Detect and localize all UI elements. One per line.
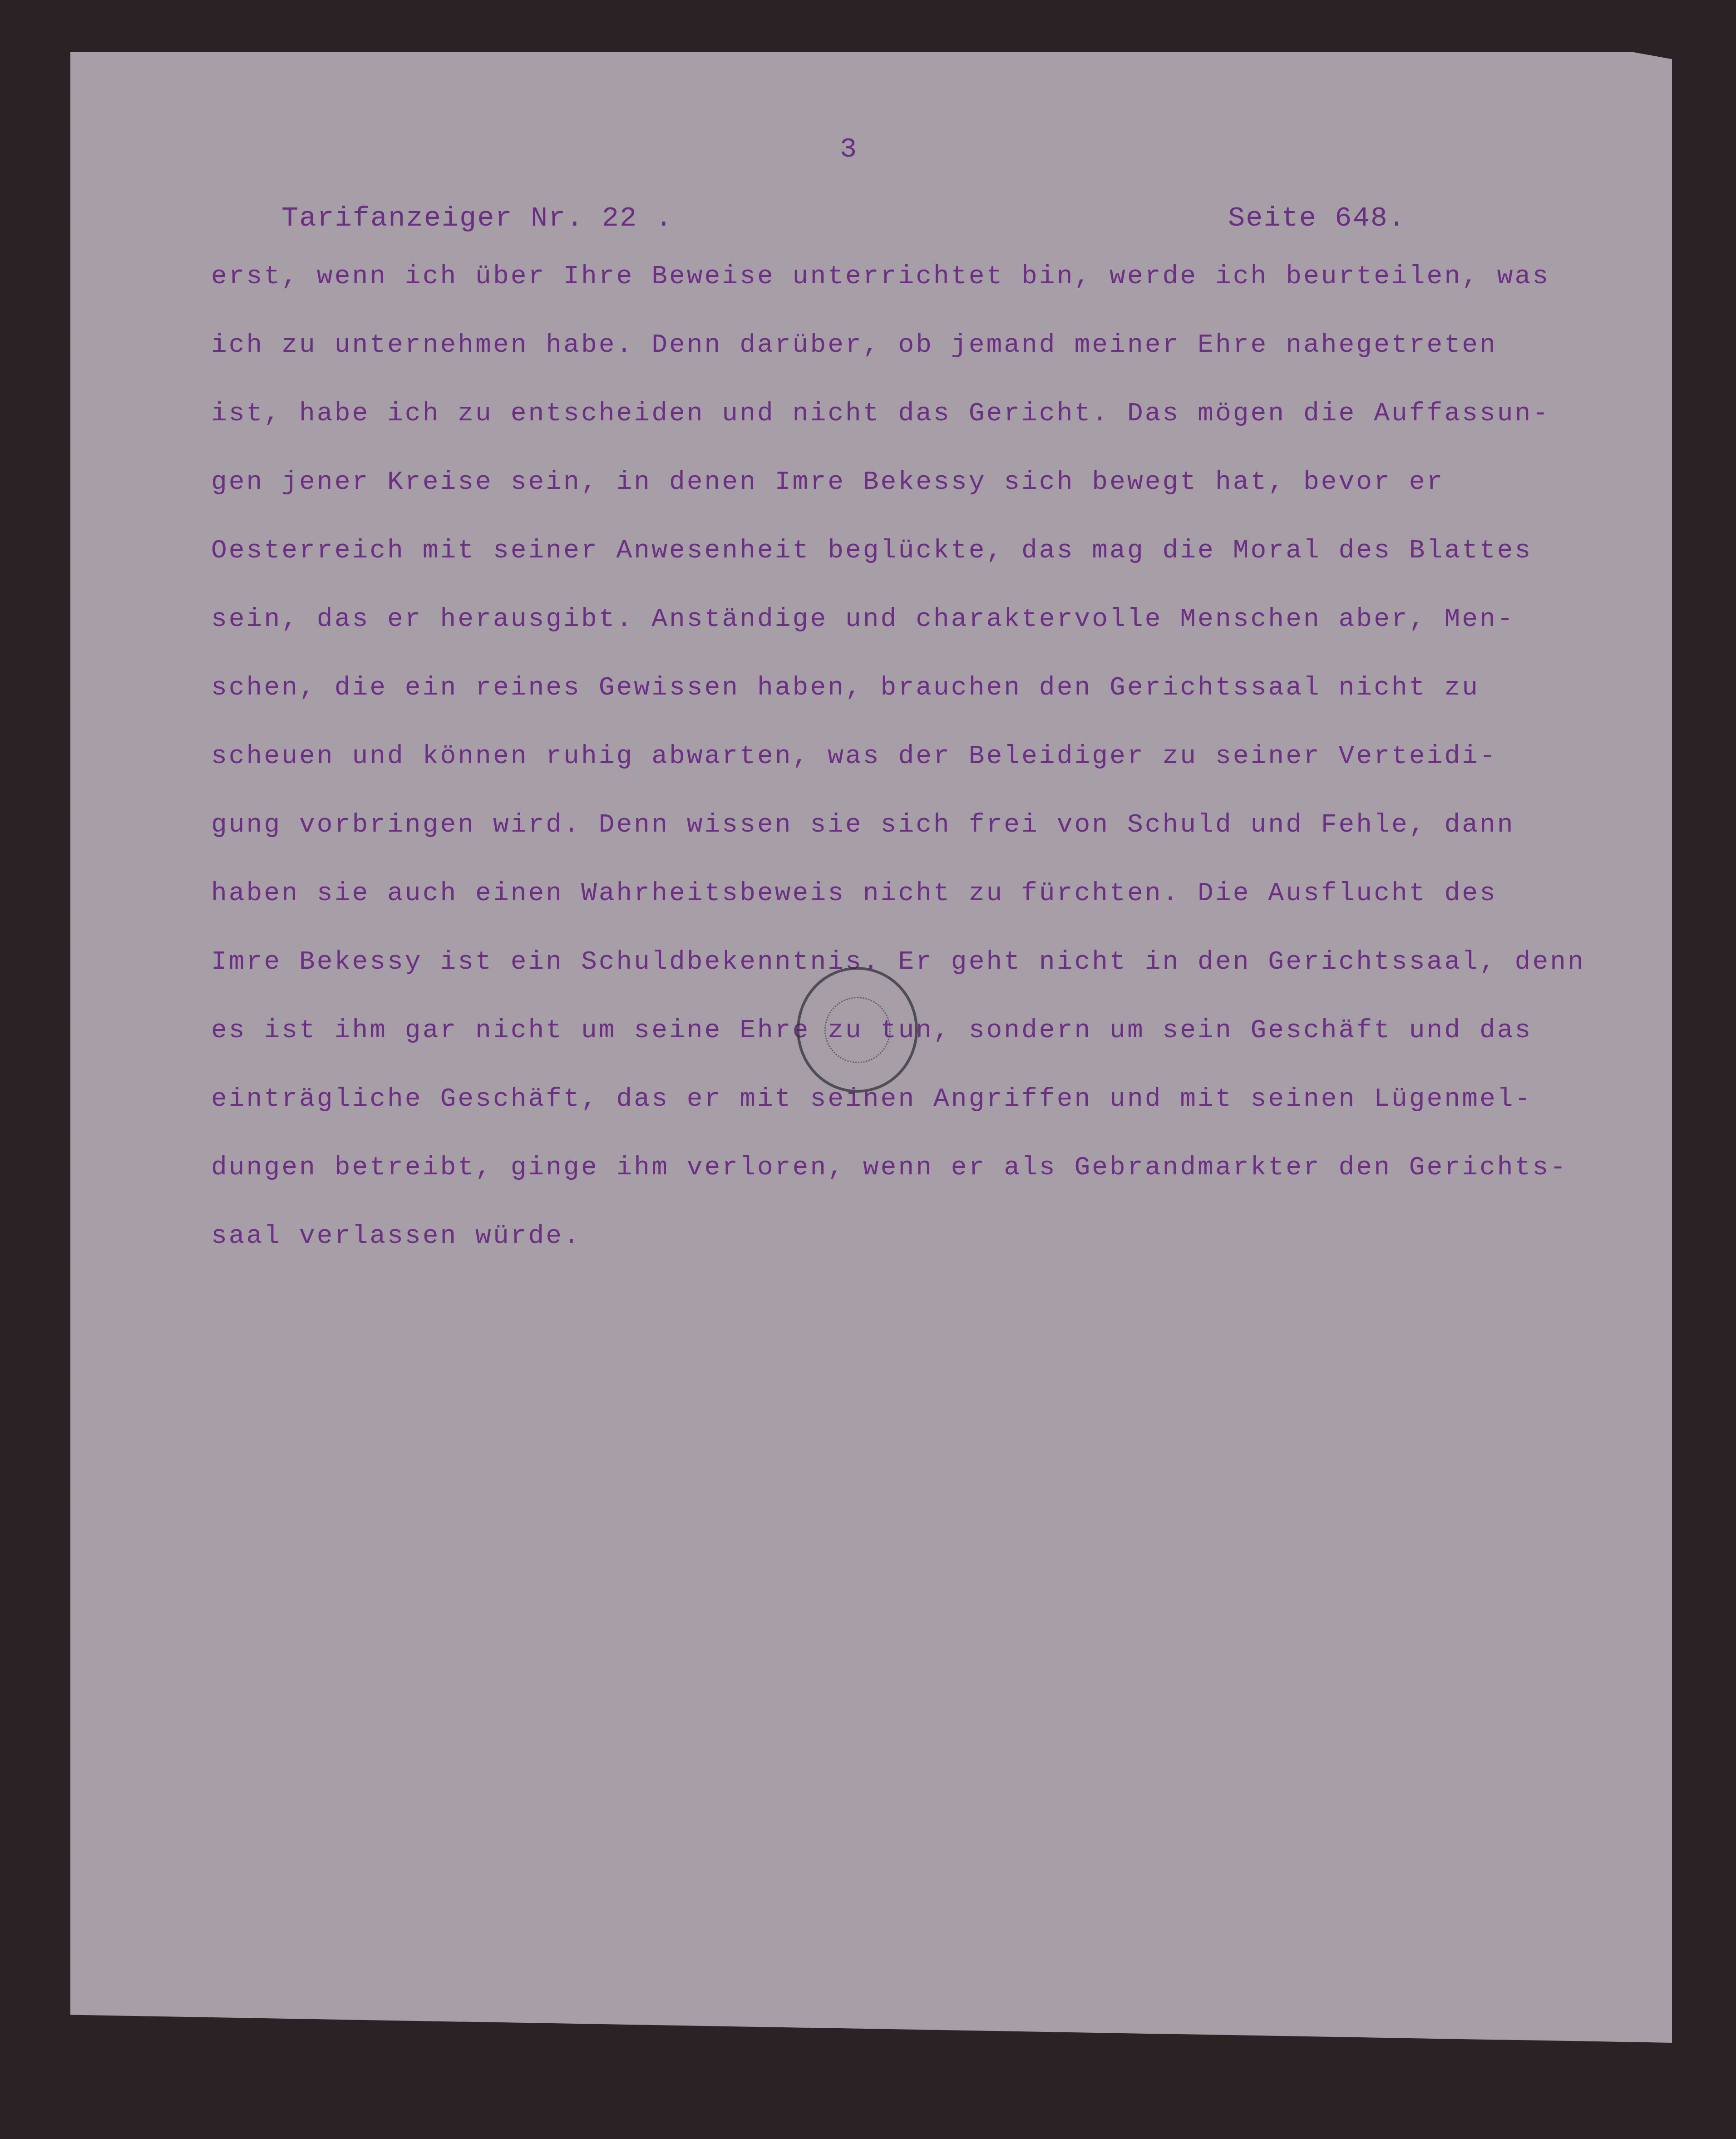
text-line: einträgliche Geschäft, das er mit seinen… (211, 1077, 1618, 1145)
text-line: Oesterreich mit seiner Anwesenheit beglü… (211, 528, 1618, 597)
text-line: gen jener Kreise sein, in denen Imre Bek… (211, 460, 1618, 528)
text-line: erst, wenn ich über Ihre Beweise unterri… (211, 254, 1618, 323)
text-line: scheuen und können ruhig abwarten, was d… (211, 734, 1618, 803)
text-line: gung vorbringen wird. Denn wissen sie si… (211, 803, 1618, 871)
stamp-emblem-icon (824, 997, 891, 1063)
text-line: Imre Bekessy ist ein Schuldbekenntnis. E… (211, 940, 1618, 1008)
header-right: Seite 648. (1228, 202, 1406, 234)
text-line: ich zu unternehmen habe. Denn darüber, o… (211, 323, 1618, 391)
text-line: sein, das er herausgibt. Anständige und … (211, 597, 1618, 665)
header-left: Tarifanzeiger Nr. 22 . (281, 202, 673, 234)
text-line: dungen betreibt, ginge ihm verloren, wen… (211, 1145, 1618, 1214)
text-line: saal verlassen würde. (211, 1214, 1618, 1282)
page-number: 3 (840, 133, 857, 165)
text-line: schen, die ein reines Gewissen haben, br… (211, 665, 1618, 734)
body-text: erst, wenn ich über Ihre Beweise unterri… (211, 254, 1618, 1282)
official-stamp-icon (797, 967, 918, 1093)
text-line: ist, habe ich zu entscheiden und nicht d… (211, 391, 1618, 460)
text-line: haben sie auch einen Wahrheitsbeweis nic… (211, 871, 1618, 940)
